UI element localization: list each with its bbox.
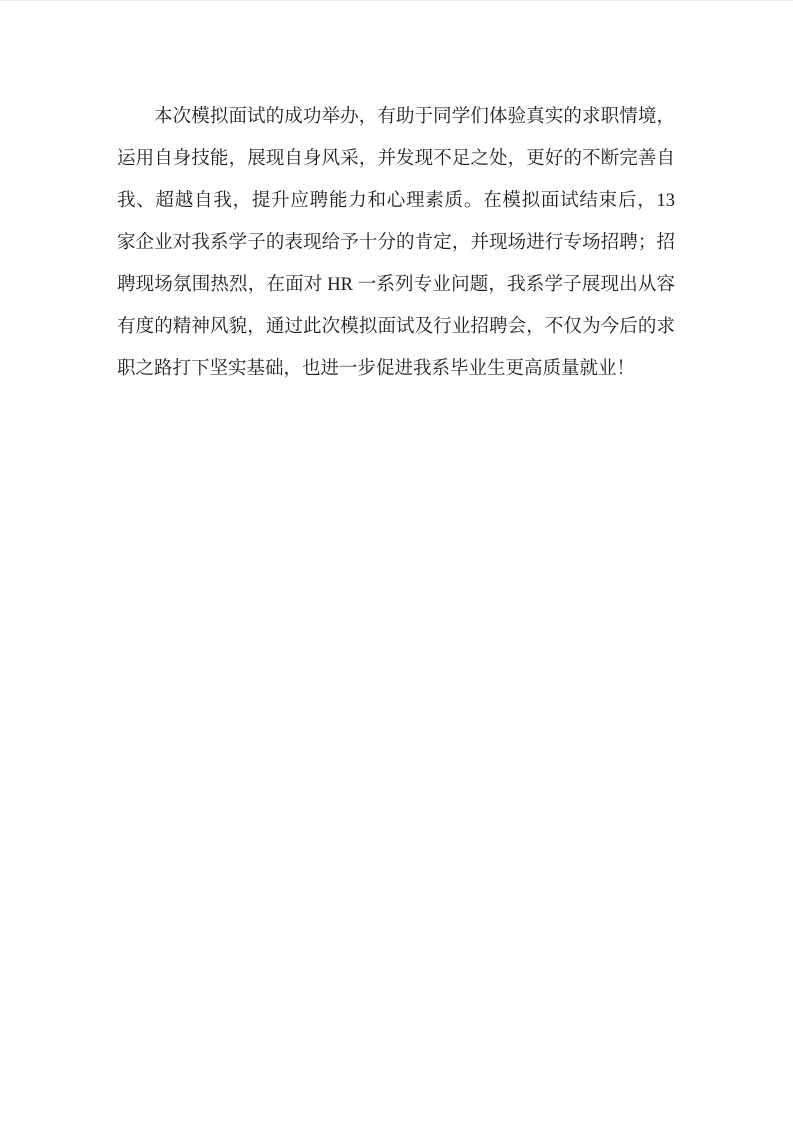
paragraph-line: 运用自身技能，展现自身风采，并发现不足之处，更好的不断完善自 xyxy=(117,138,675,180)
body-paragraph: 本次模拟面试的成功举办，有助于同学们体验真实的求职情境， 运用自身技能，展现自身… xyxy=(117,96,675,390)
paragraph-line: 我、超越自我，提升应聘能力和心理素质。在模拟面试结束后，13 xyxy=(117,180,675,222)
paragraph-line: 聘现场氛围热烈，在面对 HR 一系列专业问题，我系学子展现出从容 xyxy=(117,264,675,306)
page-top-edge-line xyxy=(0,0,793,1)
document-page: 本次模拟面试的成功举办，有助于同学们体验真实的求职情境， 运用自身技能，展现自身… xyxy=(0,0,793,1122)
paragraph-line: 家企业对我系学子的表现给予十分的肯定，并现场进行专场招聘；招 xyxy=(117,222,675,264)
paragraph-line: 本次模拟面试的成功举办，有助于同学们体验真实的求职情境， xyxy=(117,96,675,138)
paragraph-line: 职之路打下坚实基础，也进一步促进我系毕业生更高质量就业！ xyxy=(117,348,675,390)
paragraph-line: 有度的精神风貌，通过此次模拟面试及行业招聘会，不仅为今后的求 xyxy=(117,306,675,348)
